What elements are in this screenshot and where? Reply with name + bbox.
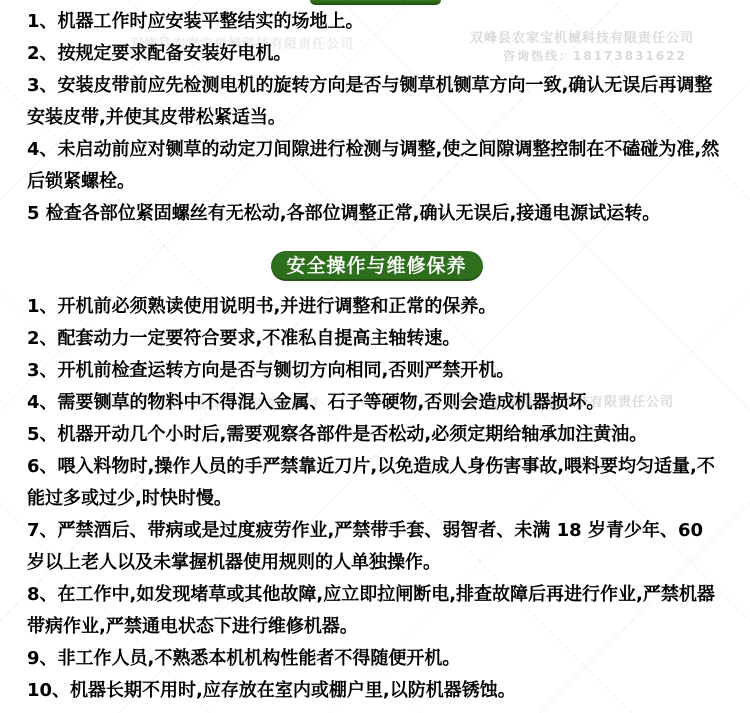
section-title-banner: 安全操作与维修保养 — [271, 251, 483, 281]
instruction-item: 6、喂入料物时,操作人员的手严禁靠近刀片,以免造成人身伤害事故,喂料要均匀适量,… — [27, 451, 726, 515]
instruction-item: 3、安装皮带前应先检测电机的旋转方向是否与铡草机铡草方向一致,确认无误后再调整安… — [27, 70, 726, 134]
section-title-label: 安全操作与维修保养 — [286, 257, 466, 276]
instruction-item: 5 检查各部位紧固螺丝有无松动,各部位调整正常,确认无误后,接通电源试运转。 — [27, 198, 726, 230]
product-description-page: 双峰县农家宝机械科技有限责任公司 双峰县农家宝机械科技有限责任公司 咨询热线：1… — [0, 0, 750, 713]
instruction-item: 2、按规定要求配备安装好电机。 — [27, 38, 726, 70]
instruction-item: 8、在工作中,如发现堵草或其他故障,应立即拉闸断电,排查故障后再进行作业,严禁机… — [27, 579, 726, 643]
instruction-item: 1、机器工作时应安装平整结实的场地上。 — [27, 6, 726, 38]
instruction-item: 1、开机前必须熟读使用说明书,并进行调整和正常的保养。 — [27, 291, 726, 323]
instruction-item: 5、机器开动几个小时后,需要观察各部件是否松动,必须定期给轴承加注黄油。 — [27, 419, 726, 451]
instruction-item: 4、需要铡草的物料中不得混入金属、石子等硬物,否则会造成机器损坏。 — [27, 387, 726, 419]
instruction-item: 10、机器长期不用时,应存放在室内或棚户里,以防机器锈蚀。 — [27, 675, 726, 707]
document-content: 1、机器工作时应安装平整结实的场地上。 2、按规定要求配备安装好电机。 3、安装… — [0, 0, 750, 713]
instruction-item: 2、配套动力一定要符合要求,不准私自提高主轴转速。 — [27, 323, 726, 355]
instruction-item: 7、严禁酒后、带病或是过度疲劳作业,严禁带手套、弱智者、未满 18 岁青少年、6… — [27, 515, 726, 579]
instruction-item: 9、非工作人员,不熟悉本机机构性能者不得随便开机。 — [27, 643, 726, 675]
instruction-item: 3、开机前检查运转方向是否与铡切方向相同,否则严禁开机。 — [27, 355, 726, 387]
instruction-item: 4、未启动前应对铡草的动定刀间隙进行检测与调整,使之间隙调整控制在不磕碰为准,然… — [27, 134, 726, 198]
